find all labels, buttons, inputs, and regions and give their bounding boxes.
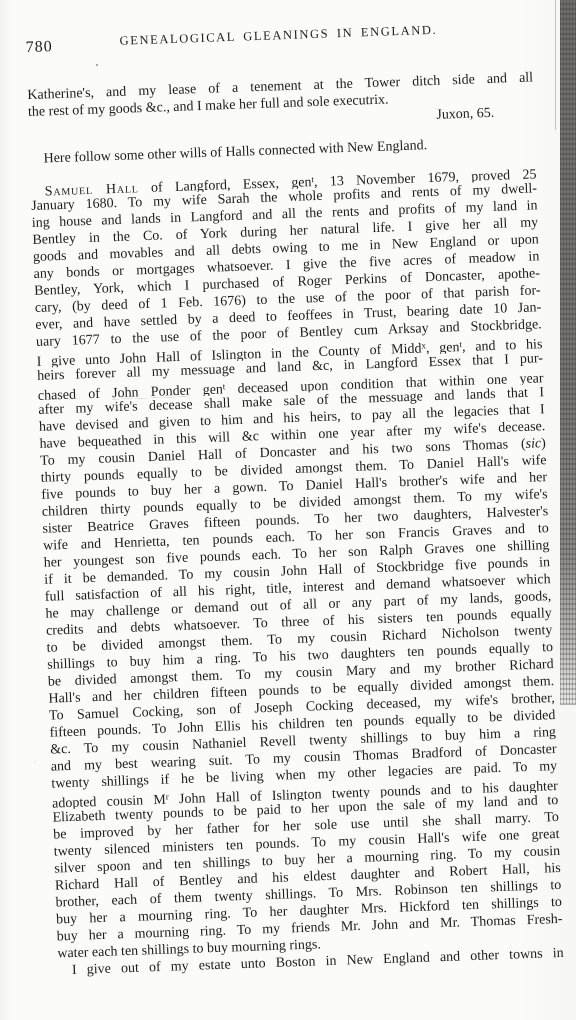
scan-edge-line bbox=[555, 0, 556, 130]
scan-gutter-shadow bbox=[560, 0, 576, 705]
scanned-book-page: { "page": { "number": "780", "running_ti… bbox=[0, 0, 576, 1020]
page-body: Katherine's, and my lease of a tenement … bbox=[27, 69, 564, 979]
page-content: 780 GENEALOGICAL GLEANINGS IN ENGLAND. K… bbox=[25, 19, 564, 979]
text-line: Here follow some other wills of Halls co… bbox=[29, 133, 535, 168]
section-intro: Here follow some other wills of Halls co… bbox=[29, 133, 535, 168]
page-header: 780 GENEALOGICAL GLEANINGS IN ENGLAND. bbox=[25, 19, 531, 57]
samuel-hall-will: Samuel Hall of Langford, Essex, gent, 13… bbox=[30, 163, 563, 962]
running-title: GENEALOGICAL GLEANINGS IN ENGLAND. bbox=[25, 19, 531, 52]
